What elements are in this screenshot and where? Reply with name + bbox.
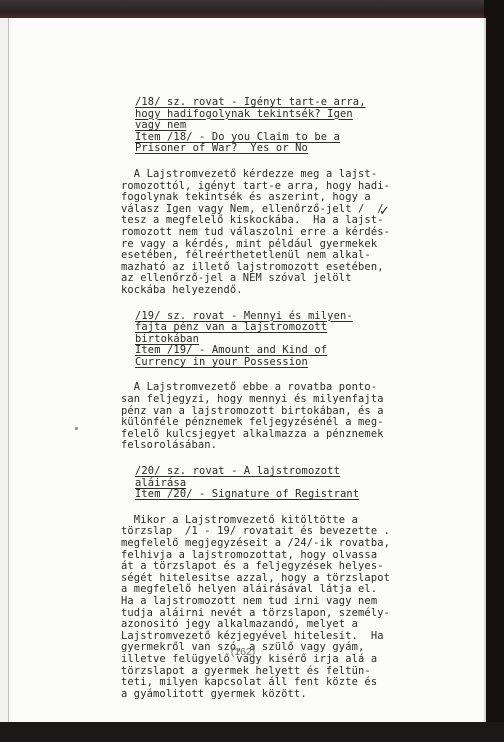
body-line: Ha a lajstromozott nem tud irni vagy nem: [121, 596, 451, 608]
body-line: fogolynak tekintsék és aszerint, hogy a: [121, 192, 451, 204]
checkmark-icon: ✓: [379, 204, 390, 219]
spacer: [121, 501, 451, 515]
spacer: [121, 368, 451, 382]
section-19-body: A Lajstromvezető ebbe a rovatba ponto- s…: [121, 382, 451, 452]
spacer: [121, 297, 451, 311]
section-20-body: Mikor a Lajstromvezető kitöltötte a törz…: [121, 515, 451, 701]
body-line: romozott nem tud válaszolni erre a kérdé…: [121, 227, 451, 239]
section-19-heading: /19/ sz. rovat - Mennyi és milyen- fajta…: [135, 311, 451, 369]
heading-line: /20/ sz. rovat - A lajstromozott: [135, 466, 451, 478]
heading-line: fajta pénz van a lajstromozott: [135, 322, 451, 334]
section-20-heading: /20/ sz. rovat - A lajstromozott aláirás…: [135, 466, 451, 501]
stray-mark: [75, 427, 78, 430]
section-18-body: A Lajstromvezető kérdezze meg a lajst- r…: [121, 169, 451, 297]
heading-line: Item /20/ - Signature of Registrant: [135, 489, 451, 501]
document-page: /18/ sz. rovat - Igényt tart-e arra, hog…: [0, 18, 486, 722]
body-line: kockába helyezendő.: [121, 285, 451, 297]
body-line: azonositó jegy alkalmazandó, melyet a: [121, 619, 451, 631]
section-18-heading: /18/ sz. rovat - Igényt tart-e arra, hog…: [135, 97, 451, 155]
document-text: /18/ sz. rovat - Igényt tart-e arra, hog…: [121, 97, 451, 700]
body-line: esetében, félreérthetetlenül nem alkal-: [121, 250, 451, 262]
heading-line: Prisoner of War? Yes or No: [135, 143, 451, 155]
scan-top-edge: [0, 0, 504, 20]
scan-bottom-edge: [0, 722, 504, 742]
body-line: a gyámolitott gyermek között.: [121, 689, 451, 701]
page-margin-strip: [0, 18, 8, 722]
page-number: (162): [0, 646, 486, 658]
scan-right-edge: [484, 0, 504, 742]
heading-line: Currency in your Possession: [135, 357, 451, 369]
page-fold-line: [8, 18, 9, 722]
spacer: [121, 155, 451, 169]
heading-line: /18/ sz. rovat - Igényt tart-e arra,: [135, 97, 451, 109]
body-line: teti, milyen kapcsolat áll fent közte és: [121, 677, 451, 689]
body-line: san feljegyzi, hogy mennyi és milyenfajt…: [121, 394, 451, 406]
body-line: A Lajstromvezető kérdezze meg a lajst-: [121, 169, 451, 181]
body-line: felsorolásában.: [121, 440, 451, 452]
body-line: megfelelő megjegyzéseit a /24/-ik rovatb…: [121, 538, 451, 550]
spacer: [121, 452, 451, 466]
